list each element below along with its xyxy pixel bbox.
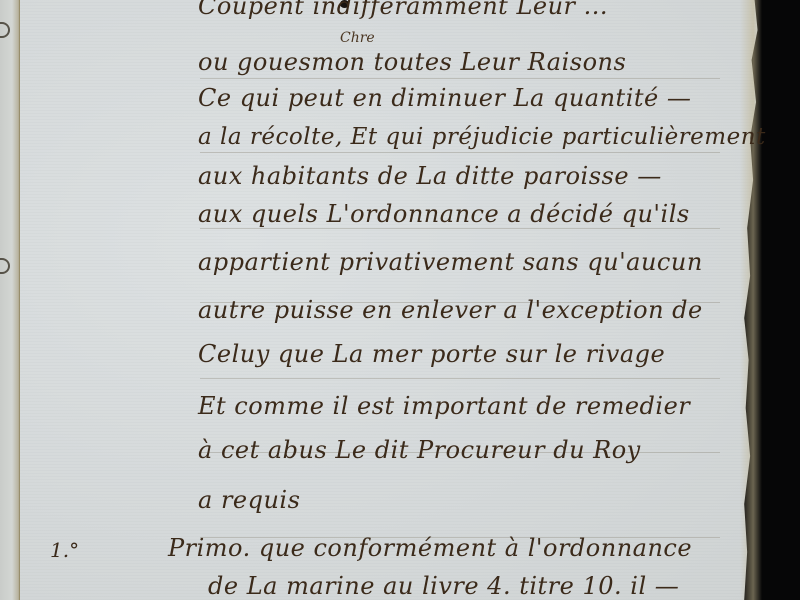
text-line-11: à cet abus Le dit Procureur du Roy <box>198 438 641 462</box>
text-line-9: Celuy que La mer porte sur le rivage <box>198 342 665 366</box>
manuscript-photo: Coupent indifferamment Leur ... Chre ou … <box>0 0 800 600</box>
text-line-2: ou gouesmon toutes Leur Raisons <box>198 50 626 74</box>
text-line-8: autre puisse en enlever a l'exception de <box>198 298 703 322</box>
text-line-7: appartient privativement sans qu'aucun <box>198 250 703 274</box>
text-line-1: Coupent indifferamment Leur ... <box>198 0 608 18</box>
text-line-14: de La marine au livre 4. titre 10. il — <box>208 574 679 598</box>
interlinear-insertion: Chre <box>340 30 375 46</box>
text-line-13: Primo. que conformément à l'ordonnance <box>168 536 692 560</box>
text-line-4: a la récolte, Et qui préjudicie particul… <box>198 126 766 149</box>
text-line-6: aux quels L'ordonnance a décidé qu'ils <box>198 202 690 226</box>
text-line-3: Ce qui peut en diminuer La quantité — <box>198 86 691 110</box>
text-line-12: a requis <box>198 488 300 512</box>
text-line-5: aux habitants de La ditte paroisse — <box>198 164 662 188</box>
handwritten-text: Coupent indifferamment Leur ... Chre ou … <box>0 0 800 600</box>
text-line-10: Et comme il est important de remedier <box>198 394 690 418</box>
margin-numeral: 1.° <box>50 538 79 562</box>
